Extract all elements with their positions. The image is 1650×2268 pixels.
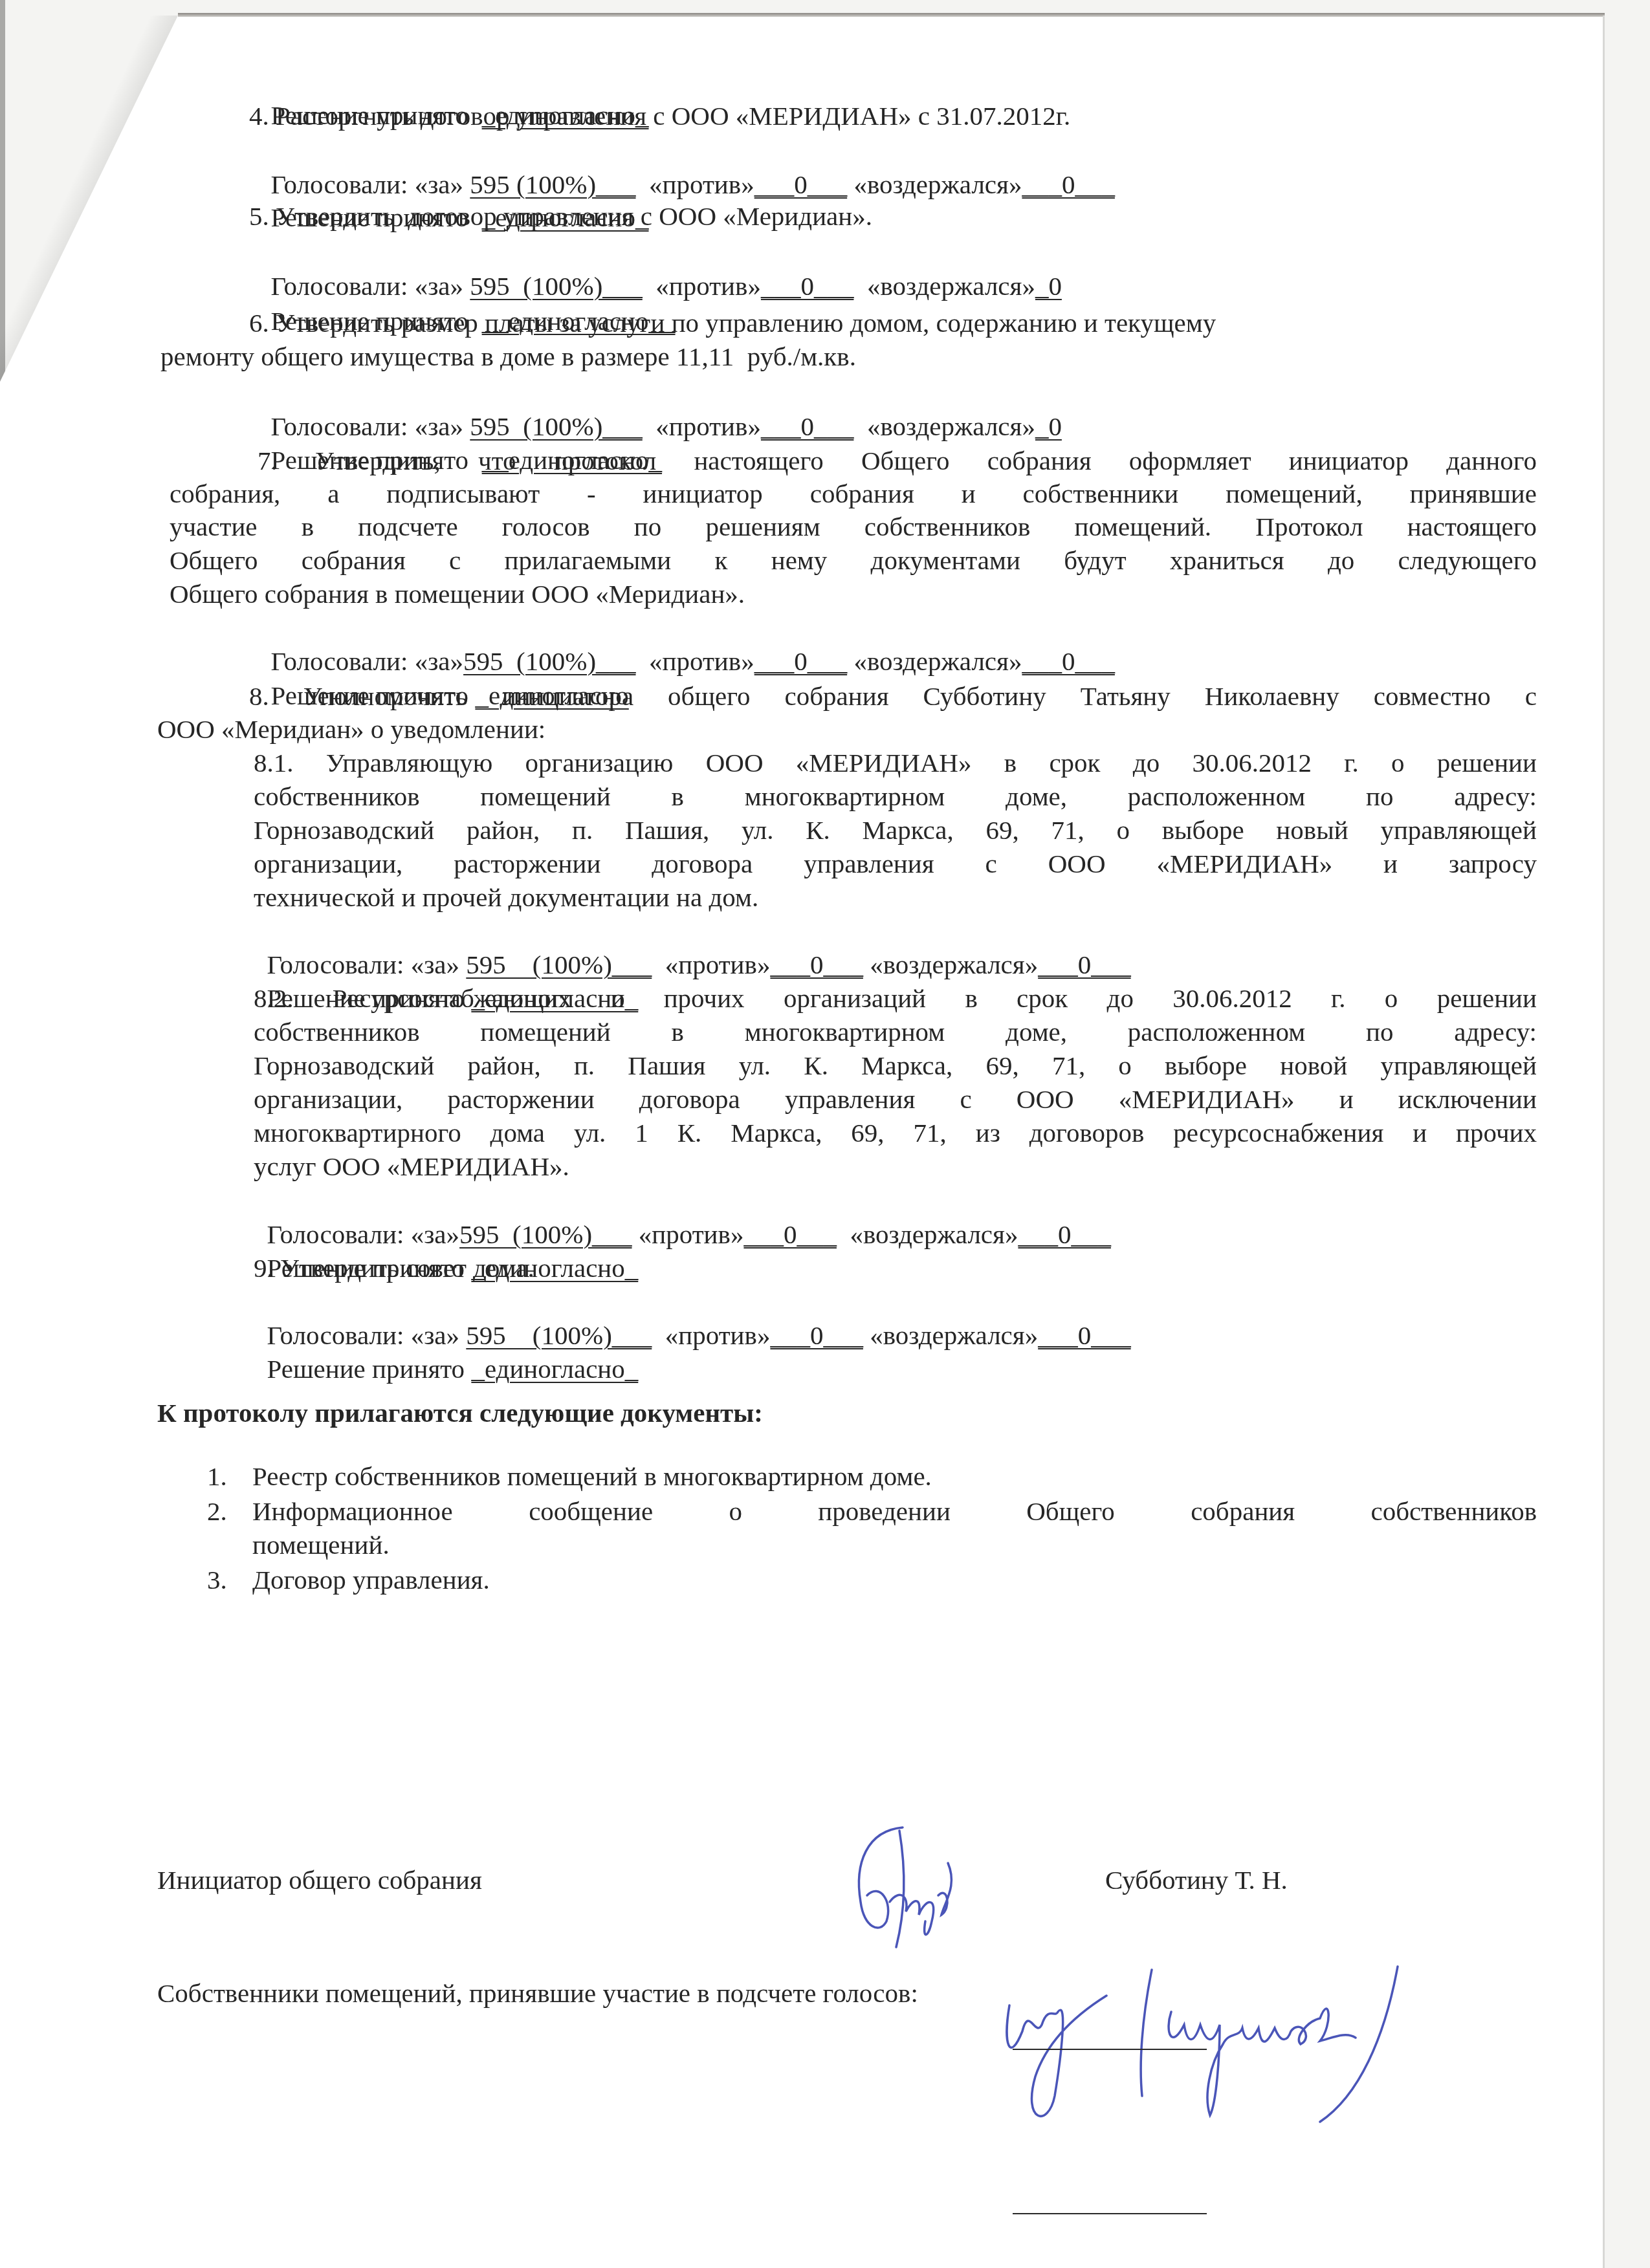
- against-value: ___0___: [761, 411, 854, 441]
- attachment-number: 2.: [207, 1494, 227, 1528]
- paper-top-edge: [178, 13, 1605, 17]
- item-8-title-cont: ООО «Меридиан» о уведомлении:: [157, 712, 545, 746]
- abstain-label: «воздержался»: [853, 169, 1022, 199]
- item-7-line: собрания, а подписывают - инициатор собр…: [170, 477, 1537, 510]
- initiator-label: Инициатор общего собрания: [157, 1863, 482, 1897]
- against-label: «против»: [649, 169, 754, 199]
- item-8-1-line: Горнозаводский район, п. Пашия, ул. К. М…: [254, 813, 1537, 847]
- abstain-value: ___0___: [1018, 1219, 1111, 1249]
- attachment-item: Информационное сообщение о проведении Об…: [252, 1494, 1537, 1528]
- item-8-1-line: организации, расторжении договора управл…: [254, 847, 1537, 880]
- item-7-line: Общего собрания с прилагаемыми к нему до…: [170, 543, 1537, 577]
- abstain-label: «воздержался»: [867, 411, 1035, 441]
- item-7-line: Общего собрания в помещении ООО «Меридиа…: [170, 577, 745, 611]
- against-value: ___0___: [761, 271, 854, 301]
- attachment-number: 1.: [207, 1459, 227, 1493]
- item-8-2-line: Горнозаводский район, п. Пашия ул. К. Ма…: [254, 1049, 1537, 1082]
- vote-counters-label: Собственники помещений, принявшие участи…: [157, 1976, 918, 2010]
- against-label: «против»: [655, 411, 761, 441]
- against-value: ___0___: [743, 1219, 837, 1249]
- attachments-heading: К протоколу прилагаются следующие докуме…: [157, 1396, 763, 1430]
- initiator-name: Субботину Т. Н.: [1105, 1863, 1288, 1897]
- against-label: «против»: [665, 1320, 771, 1350]
- against-value: ___0___: [770, 950, 863, 979]
- attachment-item: Реестр собственников помещений в многокв…: [252, 1459, 932, 1493]
- abstain-value: ___0___: [1022, 169, 1115, 199]
- item-8-title: 8. Уполномочить инициатора общего собран…: [249, 679, 1537, 713]
- vote-counter-signature: [996, 1967, 1514, 2177]
- abstain-value: _0: [1035, 271, 1062, 301]
- decision-line: Решение принято _единогласно_: [254, 1318, 638, 1386]
- item-9-title: 9. Утвердить совет дома.: [254, 1251, 534, 1285]
- abstain-label: «воздержался»: [867, 271, 1035, 301]
- item-8-1-line: технической и прочей документации на дом…: [254, 880, 758, 914]
- attachment-item: Договор управления.: [252, 1563, 490, 1597]
- against-value: ___0___: [770, 1320, 863, 1350]
- item-8-2-line: организации, расторжении договора управл…: [254, 1082, 1537, 1116]
- item-7-line: 7. Утвердить, что протокол настоящего Об…: [258, 444, 1537, 477]
- item-5-title: 5. Утвердить договор управления с ООО «М…: [249, 199, 872, 233]
- against-value: ___0___: [754, 646, 848, 676]
- attachment-number: 3.: [207, 1563, 227, 1597]
- initiator-signature: [841, 1824, 1009, 1970]
- decision-label: Решение принято: [267, 1354, 465, 1384]
- attachment-item-cont: помещений.: [252, 1528, 390, 1562]
- abstain-value: _0: [1035, 411, 1062, 441]
- item-8-2-line: услуг ООО «МЕРИДИАН».: [254, 1150, 569, 1183]
- against-label: «против»: [649, 646, 754, 676]
- paper-right-edge: [1603, 16, 1605, 2268]
- item-8-1-line: 8.1. Управляющую организацию ООО «МЕРИДИ…: [254, 746, 1537, 780]
- abstain-label: «воздержался»: [853, 646, 1022, 676]
- against-label: «против»: [639, 1219, 744, 1249]
- against-value: ___0___: [754, 169, 848, 199]
- signature-line: [1013, 2213, 1207, 2214]
- decision-value: _единогласно_: [471, 1354, 638, 1384]
- item-4-title: 4. Расторгнуть договор управления с ООО …: [249, 99, 1070, 133]
- abstain-label: «воздержался»: [870, 950, 1038, 979]
- item-8-2-line: 8.2. Ресурсоснабжающих и прочих организа…: [254, 981, 1537, 1015]
- against-label: «против»: [665, 950, 771, 979]
- item-7-line: участие в подсчете голосов по решениям с…: [170, 510, 1537, 543]
- item-6-title-cont: ремонту общего имущества в доме в размер…: [160, 340, 856, 373]
- signature-line: [1013, 2049, 1207, 2050]
- abstain-value: ___0___: [1038, 950, 1131, 979]
- item-6-title: 6. Утвердить размер платы за услуги по у…: [249, 306, 1216, 340]
- item-8-2-line: собственников помещений в многоквартирно…: [254, 1015, 1537, 1049]
- abstain-value: ___0___: [1038, 1320, 1131, 1350]
- abstain-label: «воздержался»: [870, 1320, 1038, 1350]
- abstain-value: ___0___: [1022, 646, 1115, 676]
- item-8-2-line: многоквартирного дома ул. 1 К. Маркса, 6…: [254, 1116, 1537, 1150]
- abstain-label: «воздержался»: [850, 1219, 1018, 1249]
- item-8-1-line: собственников помещений в многоквартирно…: [254, 780, 1537, 813]
